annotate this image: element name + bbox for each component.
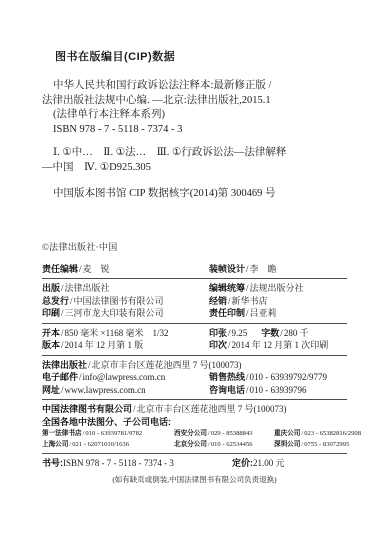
field-label: 咨询电话 [209,385,245,395]
colophon-row-company-address: 中国法律图书有限公司/北京市丰台区莲花池西里 7 号(100073) [42,403,347,416]
field-label: 编辑统筹 [209,283,245,293]
field-word-count: 字数/280 千 [261,327,308,340]
field-press-address: 法律出版社/北京市丰台区莲花池西里 7 号(100073) [42,359,242,372]
field-label: 重庆公司 [274,430,300,437]
branch-phones-row: 上海公司/021 - 62071010/1636 北京分公司/010 - 625… [42,439,347,450]
colophon-row-press-address: 法律出版社/北京市丰台区莲花池西里 7 号(100073) [42,359,347,372]
horizontal-rule [42,278,347,279]
field-printed-sheets: 印张/9.25 [209,327,247,340]
field-label: 装帧设计 [209,264,245,274]
branches-heading: 全国各地中法图分、子公司电话: [42,416,171,429]
field-company-address: 中国法律图书有限公司/北京市丰台区莲花池西里 7 号(100073) [42,403,287,416]
field-branch: 上海公司/021 - 62071010/1636 [42,439,160,450]
field-email: 电子邮件/info@lawpress.com.cn [42,371,195,384]
horizontal-rule [42,399,347,400]
field-value: 021 - 62071010/1636 [72,441,129,448]
cip-classification-line-1: Ⅰ. ①中… Ⅱ. ①法… Ⅲ. ①行政诉讼法—法律解释 [42,146,347,161]
colophon-row-branches-heading: 全国各地中法图分、子公司电话: [42,416,347,429]
book-copyright-page: 图书在版编目(CIP)数据 中华人民共和国行政诉讼法注释本:最新修正版 / 法律… [0,0,369,539]
field-editorial-coordination: 编辑统筹/法规出版分社 [209,282,304,295]
field-general-distributor: 总发行/中国法律图书有限公司 [42,295,195,308]
field-label: 定价: [232,458,253,468]
horizontal-rule [42,323,347,324]
field-print-run: 印次/2014 年 12 月第 1 次印刷 [209,339,328,352]
colophon-row-format: 开本/850 毫米 ×1168 毫米 1/32 印张/9.25 字数/280 千 [42,327,347,340]
colophon-row-pricing: 书号:ISBN 978 - 7 - 5118 - 7374 - 3 定价:21.… [42,457,347,470]
field-value: 010 - 62534456 [211,441,253,448]
field-value: 新华书店 [232,296,268,306]
field-label: 深圳公司 [274,441,300,448]
field-label: 字数 [261,328,279,338]
page-content: 图书在版编目(CIP)数据 中华人民共和国行政诉讼法注释本:最新修正版 / 法律… [0,0,369,485]
field-value: 21.00 元 [253,458,285,468]
field-value: 023 - 65382816/2908 [304,430,361,437]
field-branch: 重庆公司/023 - 65382816/2908 [274,428,361,439]
field-value: 吕亚莉 [250,308,277,318]
cip-block: 中华人民共和国行政诉讼法注释本:最新修正版 / 法律出版社法规中心编. —北京:… [42,79,347,202]
field-label: 第一法律书店 [42,430,82,437]
field-label: 责任编辑 [42,264,78,274]
field-label: 出版 [42,283,60,293]
field-book-size: 开本/850 毫米 ×1168 毫米 1/32 [42,327,195,340]
field-label: 网址 [42,385,60,395]
horizontal-rule [42,453,347,454]
field-branch: 第一法律书店/010 - 63939781/9782 [42,428,160,439]
field-label: 书号: [42,458,63,468]
field-value: 中国法律图书有限公司 [74,296,164,306]
field-label: 印刷 [42,308,60,318]
field-label: 印张 [209,328,227,338]
field-book-number: 书号:ISBN 978 - 7 - 5118 - 7374 - 3 [42,457,218,470]
field-responsible-editor: 责任编辑/麦 锐 [42,263,195,276]
cip-isbn-line: ISBN 978 - 7 - 5118 - 7374 - 3 [42,123,347,138]
field-value: 010 - 63939796 [250,385,307,395]
field-label: 电子邮件 [42,372,78,382]
field-printer: 印刷/三河市龙大印装有限公司 [42,307,195,320]
field-value: 李 瞻 [250,264,277,274]
colophon-row-edition: 版本/2014 年 12 月第 1 版 印次/2014 年 12 月第 1 次印… [42,339,347,352]
colophon-row-staff: 责任编辑/麦 锐 装帧设计/李 瞻 [42,263,347,276]
cip-title-line-2: 法律出版社法规中心编. —北京:法律出版社,2015.1 [42,94,347,109]
field-value: 9.25 [232,328,248,338]
cip-classification-line-2: —中国 Ⅳ. ①D925.305 [42,161,347,176]
field-cover-designer: 装帧设计/李 瞻 [209,263,277,276]
field-website: 网址/www.lawpress.com.cn [42,384,195,397]
field-value: info@lawpress.com.cn [83,372,166,382]
field-inquiry-phone: 咨询电话/010 - 63939796 [209,384,307,397]
field-value: 北京市丰台区莲花池西里 7 号(100073) [137,404,287,414]
copyright-notice: ©法律出版社·中国 [42,240,347,253]
field-value: 三河市龙大印装有限公司 [65,308,164,318]
field-label: 法律出版社 [42,360,87,370]
colophon-row-email: 电子邮件/info@lawpress.com.cn 销售热线/010 - 639… [42,371,347,384]
field-publisher: 出版/法律出版社 [42,282,195,295]
field-label: 上海公司 [42,441,68,448]
field-retailer: 经销/新华书店 [209,295,268,308]
field-value: 麦 锐 [83,264,110,274]
colophon: 责任编辑/麦 锐 装帧设计/李 瞻 出版/法律出版社 编辑统筹/法规出版分社 总… [42,263,347,486]
replacement-note: (如有缺页或倒装,中国法律图书有限公司负责退换) [42,474,347,485]
cip-record-number: 中国版本图书馆 CIP 数据核字(2014)第 300469 号 [42,187,347,202]
field-value: 029 - 85388843 [211,430,253,437]
cip-series-line: (法律单行本注释本系列) [42,108,347,123]
colophon-row-distributor: 总发行/中国法律图书有限公司 经销/新华书店 [42,295,347,308]
horizontal-rule [42,355,347,356]
cip-heading: 图书在版编目(CIP)数据 [42,48,347,64]
field-branch: 西安分公司/029 - 85388843 [174,428,260,439]
field-value: www.lawpress.com.cn [65,385,146,395]
field-value: 010 - 63939792/9779 [250,372,328,382]
branch-phones-row: 第一法律书店/010 - 63939781/9782 西安分公司/029 - 8… [42,428,347,439]
field-value: 0755 - 83072995 [304,441,349,448]
colophon-row-printer: 印刷/三河市龙大印装有限公司 责任印制/吕亚莉 [42,307,347,320]
field-print-supervisor: 责任印制/吕亚莉 [209,307,277,320]
field-value: 法规出版分社 [250,283,304,293]
cip-title-line-1: 中华人民共和国行政诉讼法注释本:最新修正版 / [42,79,347,94]
field-branch: 深圳公司/0755 - 83072995 [274,439,349,450]
field-price: 定价:21.00 元 [232,457,285,470]
field-value: ISBN 978 - 7 - 5118 - 7374 - 3 [63,458,174,468]
field-value: 010 - 63939781/9782 [85,430,142,437]
field-label: 责任印制 [209,308,245,318]
field-label: 版本 [42,340,60,350]
field-value: 2014 年 12 月第 1 版 [65,340,144,350]
field-value: 法律出版社 [65,283,110,293]
field-label: 销售热线 [209,372,245,382]
colophon-row-website: 网址/www.lawpress.com.cn 咨询电话/010 - 639397… [42,384,347,397]
colophon-row-publisher: 出版/法律出版社 编辑统筹/法规出版分社 [42,282,347,295]
field-label: 北京分公司 [174,441,207,448]
field-sales-hotline: 销售热线/010 - 63939792/9779 [209,371,327,384]
field-label: 开本 [42,328,60,338]
field-label: 总发行 [42,296,69,306]
field-label: 西安分公司 [174,430,207,437]
field-value: 850 毫米 ×1168 毫米 1/32 [65,328,169,338]
field-branch: 北京分公司/010 - 62534456 [174,439,260,450]
field-label: 经销 [209,296,227,306]
field-value: 280 千 [284,328,309,338]
field-value: 北京市丰台区莲花池西里 7 号(100073) [92,360,242,370]
field-value: 2014 年 12 月第 1 次印刷 [232,340,329,350]
field-edition: 版本/2014 年 12 月第 1 版 [42,339,195,352]
field-label: 印次 [209,340,227,350]
field-label: 中国法律图书有限公司 [42,404,132,414]
